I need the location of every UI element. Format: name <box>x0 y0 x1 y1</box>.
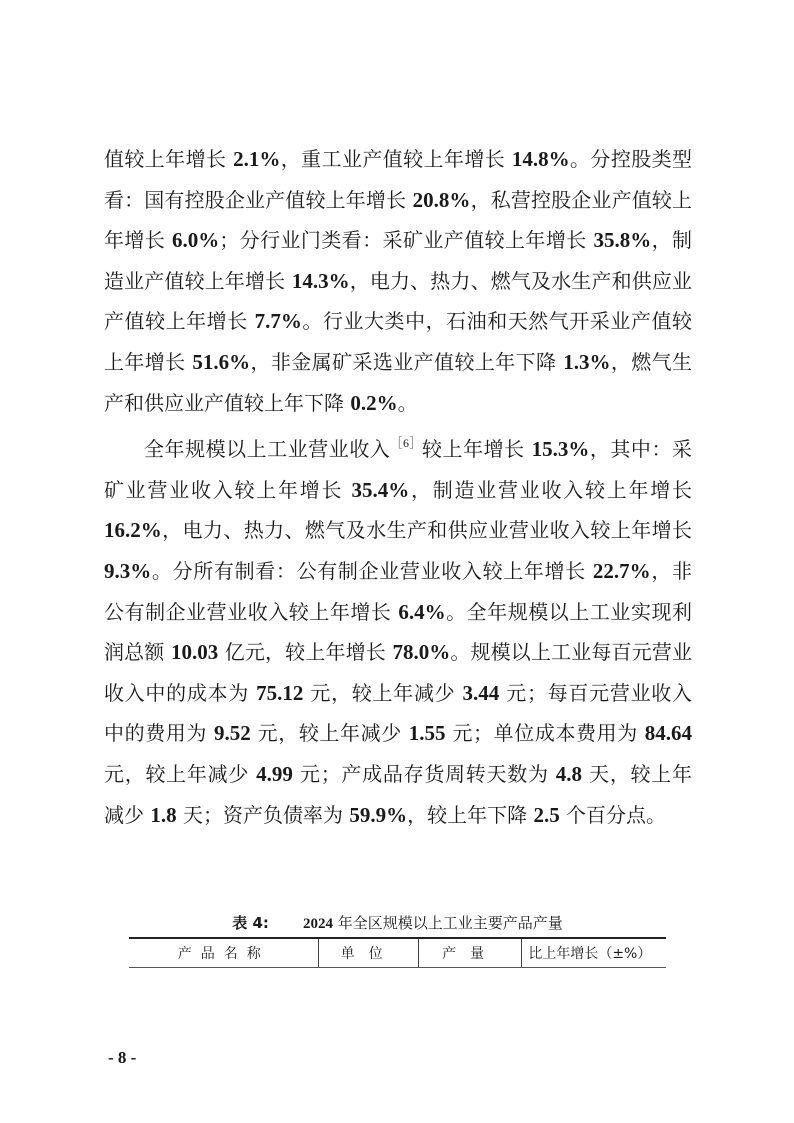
header-unit: 单位 <box>319 938 418 968</box>
text-run: 天；资产负债率为 <box>177 803 350 827</box>
text-run: ，重工业产值较上年增长 <box>280 147 512 171</box>
footnote-ref: ［6］ <box>390 436 422 450</box>
highlighted-figure: 14.3% <box>292 269 350 293</box>
highlighted-figure: 9.3% <box>104 559 151 583</box>
product-output-table: 产品名称 单位 产量 比上年增长（±%） <box>129 937 666 968</box>
highlighted-figure: 22.7% <box>593 559 651 583</box>
header-growth: 比上年增长（±%） <box>522 938 666 968</box>
table-title: 年全区规模以上工业主要产品产量 <box>333 914 563 932</box>
highlighted-figure: 1.55 <box>409 721 446 745</box>
text-run: 全年规模以上工业营业收入 <box>144 437 390 461</box>
text-run: 。分所有制看：公有制企业营业收入较上年增长 <box>151 559 593 583</box>
text-run: 个百分点。 <box>560 803 666 827</box>
text-run: 。 <box>398 391 418 415</box>
highlighted-figure: 2.5 <box>533 803 559 827</box>
highlighted-figure: 75.12 <box>256 681 303 705</box>
text-run: 亿元，较上年增长 <box>218 640 392 664</box>
text-run: ，电力、热力、燃气及水生产和供应业营业收入较上年增长 <box>162 518 692 542</box>
highlighted-figure: 35.4% <box>351 478 409 502</box>
text-run: ，非金属矿采选业产值较上年下降 <box>250 350 563 374</box>
highlighted-figure: 51.6% <box>192 350 250 374</box>
text-run: 元；产成品存货周转天数为 <box>293 762 556 786</box>
body-text: 值较上年增长 2.1%，重工业产值较上年增长 14.8%。分控股类型看：国有控股… <box>104 139 692 835</box>
highlighted-figure: 7.7% <box>255 309 302 333</box>
text-run: ；分行业门类看：采矿业产值较上年增长 <box>219 228 593 252</box>
highlighted-figure: 78.0% <box>392 640 450 664</box>
highlighted-figure: 14.8% <box>512 147 570 171</box>
highlighted-figure: 1.8 <box>150 803 176 827</box>
highlighted-figure: 4.8 <box>556 762 582 786</box>
header-output: 产量 <box>418 938 521 968</box>
highlighted-figure: 84.64 <box>645 721 692 745</box>
paragraph-industrial-output: 值较上年增长 2.1%，重工业产值较上年增长 14.8%。分控股类型看：国有控股… <box>104 139 692 423</box>
text-run: 元，较上年减少 <box>251 721 409 745</box>
table-header-row: 产品名称 单位 产量 比上年增长（±%） <box>129 938 666 968</box>
highlighted-figure: 4.99 <box>256 762 293 786</box>
highlighted-figure: 59.9% <box>349 803 407 827</box>
highlighted-figure: 15.3% <box>532 437 590 461</box>
highlighted-figure: 20.8% <box>413 188 471 212</box>
highlighted-figure: 2.1% <box>233 147 280 171</box>
text-run: 较上年增长 <box>422 437 532 461</box>
header-product-name: 产品名称 <box>129 938 319 968</box>
text-run: 元；单位成本费用为 <box>446 721 645 745</box>
highlighted-figure: 9.52 <box>214 721 251 745</box>
table-label: 表 4: <box>232 914 269 932</box>
text-run: 元，较上年减少 <box>303 681 462 705</box>
text-run: 值较上年增长 <box>104 147 233 171</box>
text-run: 元，较上年减少 <box>104 762 256 786</box>
page-number: - 8 - <box>108 1048 136 1068</box>
highlighted-figure: 1.3% <box>563 350 610 374</box>
document-page: 值较上年增长 2.1%，重工业产值较上年增长 14.8%。分控股类型看：国有控股… <box>0 0 794 1123</box>
table-year: 2024 <box>303 916 333 932</box>
highlighted-figure: 16.2% <box>104 518 162 542</box>
paragraph-operating-revenue: 全年规模以上工业营业收入［6］较上年增长 15.3%，其中：采矿业营业收入较上年… <box>104 423 692 835</box>
highlighted-figure: 6.0% <box>172 228 219 252</box>
highlighted-figure: 10.03 <box>171 640 218 664</box>
text-run: ，制造业营业收入较上年增长 <box>409 478 692 502</box>
highlighted-figure: 3.44 <box>462 681 499 705</box>
table-caption: 表 4:2024 年全区规模以上工业主要产品产量 <box>129 912 666 933</box>
highlighted-figure: 0.2% <box>350 391 397 415</box>
text-run: ，较上年下降 <box>407 803 533 827</box>
highlighted-figure: 6.4% <box>398 600 445 624</box>
highlighted-figure: 35.8% <box>593 228 651 252</box>
